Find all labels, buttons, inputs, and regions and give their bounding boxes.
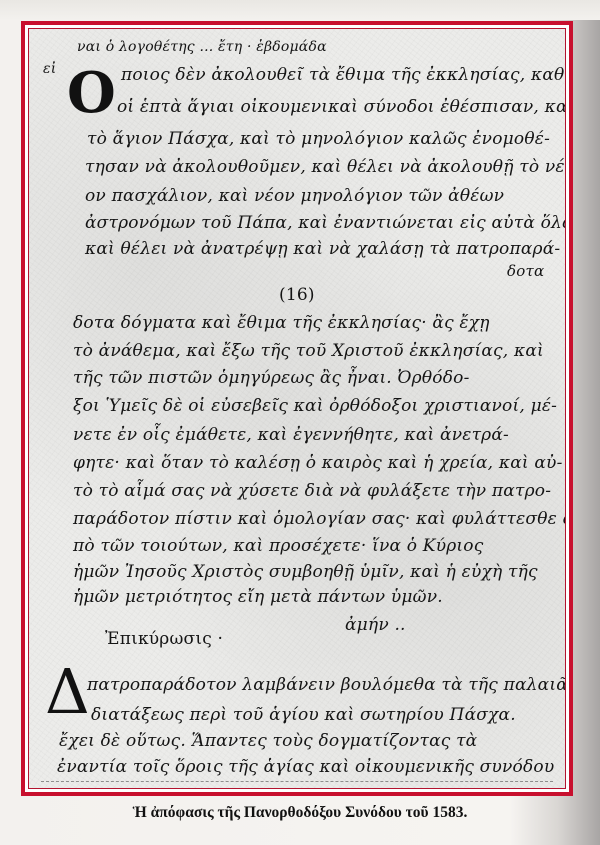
manuscript-frame: ναι ὁ λογοθέτης ... ἔτη · ἑβδομάδα εἰ Ο … <box>21 21 573 796</box>
manuscript-line: ἔχει δὲ οὕτως. Ἅπαντες τοὺς δογματίζοντα… <box>59 731 477 751</box>
manuscript-line: φητε· καὶ ὅταν τὸ καλέσῃ ὁ καιρὸς καὶ ἡ … <box>73 453 563 473</box>
manuscript-line: πατροπαράδοτον λαμβάνειν βουλόμεθα τὰ τῆ… <box>87 675 566 695</box>
manuscript-line: δοτα <box>507 261 544 281</box>
manuscript-line: ξοι Ὑμεῖς δὲ οἱ εὐσεβεῖς καὶ ὀρθόδοξοι χ… <box>73 396 557 416</box>
manuscript-line: πὸ τῶν τοιούτων, καὶ προσέχετε· ἵνα ὁ Κύ… <box>73 536 483 556</box>
manuscript-line: νετε ἐν οἷς ἐμάθετε, καὶ ἐγεννήθητε, καὶ… <box>73 425 509 445</box>
section-title: Ἐπικύρωσις · <box>105 629 223 649</box>
manuscript-line: ον πασχάλιον, καὶ νέον μηνολόγιον τῶν ἀθ… <box>85 186 504 206</box>
manuscript-line: καὶ θέλει νὰ ἀνατρέψῃ καὶ νὰ χαλάσῃ τὰ π… <box>85 239 560 259</box>
manuscript-heading-line: ναι ὁ λογοθέτης ... ἔτη · ἑβδομάδα <box>77 37 327 57</box>
manuscript-line: ἡμῶν μετριότητος εἴη μετὰ πάντων ὑμῶν. <box>73 587 443 607</box>
bottom-dashed-rule <box>41 781 553 782</box>
drop-cap-delta: Δ <box>45 661 90 723</box>
manuscript-line: διατάξεως περὶ τοῦ ἁγίου καὶ σωτηρίου Πά… <box>91 705 516 725</box>
manuscript-line: ἡμῶν Ἰησοῦς Χριστὸς συμβοηθῇ ὑμῖν, καὶ ἡ… <box>73 562 538 582</box>
page-number: (16) <box>279 285 315 305</box>
manuscript-line: ἀστρονόμων τοῦ Πάπα, καὶ ἐναντιώνεται εἰ… <box>85 213 566 233</box>
margin-mark: εἰ <box>43 59 56 79</box>
manuscript-line: τὸ τὸ αἷμά σας νὰ χύσετε διὰ νὰ φυλάξετε… <box>73 481 551 501</box>
manuscript-line: ἐναντία τοῖς ὅροις τῆς ἁγίας καὶ οἰκουμε… <box>57 757 554 777</box>
manuscript-line: δοτα δόγματα καὶ ἔθιμα τῆς ἐκκλησίας· ἂς… <box>73 313 490 333</box>
manuscript-line: τὸ ἅγιον Πάσχα, καὶ τὸ μηνολόγιον καλῶς … <box>87 129 550 149</box>
image-caption: Ἡ ἀπόφασις τῆς Πανορθοδόξου Συνόδου τοῦ … <box>0 804 600 822</box>
manuscript-line: οἱ ἑπτὰ ἅγιαι οἰκουμενικαὶ σύνοδοι ἐθέσπ… <box>117 97 566 117</box>
manuscript-line: ποιος δὲν ἀκολουθεῖ τὰ ἔθιμα τῆς ἐκκλησί… <box>121 65 566 85</box>
amen-text: ἀμήν .. <box>345 615 406 635</box>
drop-cap-o: Ο <box>67 65 116 121</box>
manuscript-line: τησαν νὰ ἀκολουθοῦμεν, καὶ θέλει νὰ ἀκολ… <box>85 157 566 177</box>
manuscript-line: τὸ ἀνάθεμα, καὶ ἔξω τῆς τοῦ Χριστοῦ ἐκκλ… <box>73 341 544 361</box>
manuscript-image: ναι ὁ λογοθέτης ... ἔτη · ἑβδομάδα εἰ Ο … <box>28 28 566 789</box>
manuscript-line: παράδοτον πίστιν καὶ ὁμολογίαν σας· καὶ … <box>73 509 566 529</box>
manuscript-line: τῆς τῶν πιστῶν ὁμηγύρεως ἂς ἦναι. Ὀρθόδο… <box>73 368 470 388</box>
page-top-shade <box>0 0 600 20</box>
